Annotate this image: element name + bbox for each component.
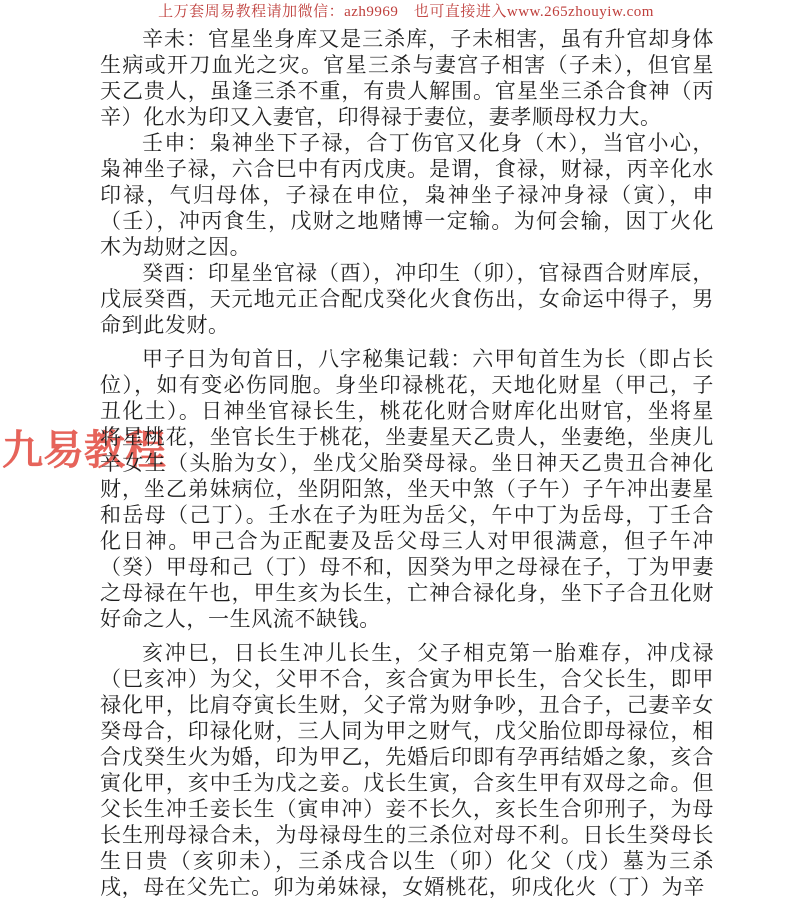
- paragraph-xinwei: 辛未：官星坐身库又是三杀库，子未相害，虽有升官却身体生病或开刀血光之灾。官星三杀…: [100, 26, 714, 130]
- document-body: 辛未：官星坐身库又是三杀库，子未相害，虽有升官却身体生病或开刀血光之灾。官星三杀…: [100, 26, 714, 898]
- header-promo-notice: 上万套周易教程请加微信：azh9969 也可直接进入www.265zhouyiw…: [0, 2, 812, 22]
- paragraph-haichongsi: 亥冲巳，日长生冲儿长生，父子相克第一胎难存，冲戊禄（巳亥冲）为父，父甲不合，亥合…: [100, 640, 714, 898]
- document-page: 上万套周易教程请加微信：azh9969 也可直接进入www.265zhouyiw…: [0, 0, 812, 898]
- paragraph-jiazi: 甲子日为旬首日，八字秘集记载：六甲旬首生为长（即占长位），如有变必伤同胞。身坐印…: [100, 346, 714, 632]
- paragraph-renshen: 壬申：枭神坐下子禄，合丁伤官又化身（木），当官小心，枭神坐子禄，六合巳中有丙戊庚…: [100, 130, 714, 260]
- paragraph-guiyou: 癸酉：印星坐官禄（酉），冲印生（卯），官禄酉合财库辰，戊辰癸酉，天元地元正合配戊…: [100, 260, 714, 338]
